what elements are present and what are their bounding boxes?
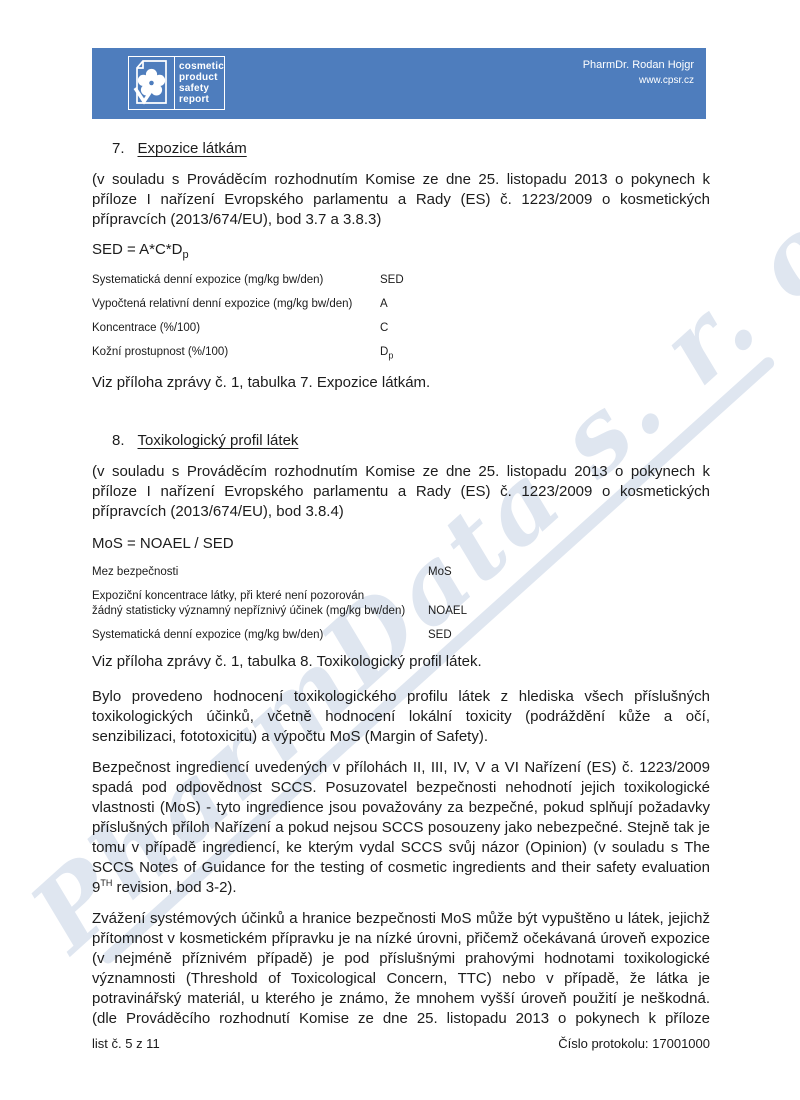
definition-symbol: Dp [380,345,393,363]
section-8-heading: 8.Toxikologický profil látek [92,431,710,451]
paragraph-sccs-responsibility: Bezpečnost ingrediencí uvedených v přílo… [92,758,710,898]
table-row: Mez bezpečnosti MoS [92,565,710,580]
definition-symbol: MoS [428,565,452,580]
document-flower-check-icon [129,57,175,109]
logo-word: safety [179,83,224,94]
paragraph-text: Bezpečnost ingrediencí uvedených v přílo… [92,759,710,896]
section-8-number: 8. [112,431,125,451]
logo-word: report [179,94,224,105]
mos-formula: MoS = NOAEL / SED [92,534,710,554]
header-author: PharmDr. Rodan Hojgr [583,59,694,71]
symbol-subscript: p [388,350,393,360]
table-row: Expoziční koncentrace látky, při které n… [92,589,710,619]
section-7-heading: 7.Expozice látkám [92,139,710,159]
table-row: Systematická denní expozice (mg/kg bw/de… [92,628,710,643]
sed-definitions-table: Systematická denní expozice (mg/kg bw/de… [92,273,710,363]
paragraph-toxicology-assessment: Bylo provedeno hodnocení toxikologického… [92,687,710,747]
footer-page-number: list č. 5 z 11 [92,1036,160,1051]
section-7-reference: Viz příloha zprávy č. 1, tabulka 7. Expo… [92,373,710,393]
document-body: 7.Expozice látkám (v souladu s Prováděcí… [92,119,710,1029]
mos-definitions-table: Mez bezpečnosti MoS Expoziční koncentrac… [92,565,710,643]
footer-protocol-number: Číslo protokolu: 17001000 [558,1036,710,1051]
sed-formula-subscript: p [182,249,188,261]
logo-word: cosmetic [179,61,224,72]
table-row: Koncentrace (%/100) C [92,321,710,336]
definition-symbol: SED [380,273,404,288]
header-website: www.cpsr.cz [583,75,694,86]
section-7-title: Expozice látkám [138,140,247,157]
definition-label: Systematická denní expozice (mg/kg bw/de… [92,273,380,288]
header-contact-block: PharmDr. Rodan Hojgr www.cpsr.cz [583,59,694,86]
page-footer: list č. 5 z 11 Číslo protokolu: 17001000 [92,1036,710,1051]
document-page: PharmData s. r. o. [0,0,800,1100]
table-row: Vypočtená relativní denní expozice (mg/k… [92,297,710,312]
definition-symbol: SED [428,628,452,643]
header-bar: cosmetic product safety report PharmDr. … [92,48,706,119]
section-8-intro: (v souladu s Prováděcím rozhodnutím Komi… [92,462,710,522]
cpsr-logo-wordmark: cosmetic product safety report [175,57,224,109]
ordinal-superscript: TH [100,878,112,888]
definition-symbol: A [380,297,388,312]
definition-label: Systematická denní expozice (mg/kg bw/de… [92,628,428,643]
definition-label: Koncentrace (%/100) [92,321,380,336]
paragraph-ttc-exception: Zvážení systémových účinků a hranice bez… [92,909,710,1029]
table-row: Kožní prostupnost (%/100) Dp [92,345,710,363]
definition-label: Expoziční koncentrace látky, při které n… [92,589,428,619]
section-8-reference: Viz příloha zprávy č. 1, tabulka 8. Toxi… [92,652,710,672]
cpsr-logo: cosmetic product safety report [128,56,225,110]
section-7-intro: (v souladu s Prováděcím rozhodnutím Komi… [92,170,710,230]
definition-label: Vypočtená relativní denní expozice (mg/k… [92,297,380,312]
definition-symbol: NOAEL [428,604,467,619]
definition-label: Mez bezpečnosti [92,565,428,580]
section-7-number: 7. [112,139,125,159]
logo-word: product [179,72,224,83]
sed-formula-base: SED = A*C*D [92,241,182,258]
definition-label: Kožní prostupnost (%/100) [92,345,380,360]
definition-symbol: C [380,321,388,336]
paragraph-text: revision, bod 3-2). [112,879,236,896]
definition-label-line: žádný statisticky významný nepříznivý úč… [92,604,428,619]
sed-formula: SED = A*C*Dp [92,240,710,265]
table-row: Systematická denní expozice (mg/kg bw/de… [92,273,710,288]
section-8-title: Toxikologický profil látek [138,432,299,449]
definition-label-line: Expoziční koncentrace látky, při které n… [92,589,428,604]
